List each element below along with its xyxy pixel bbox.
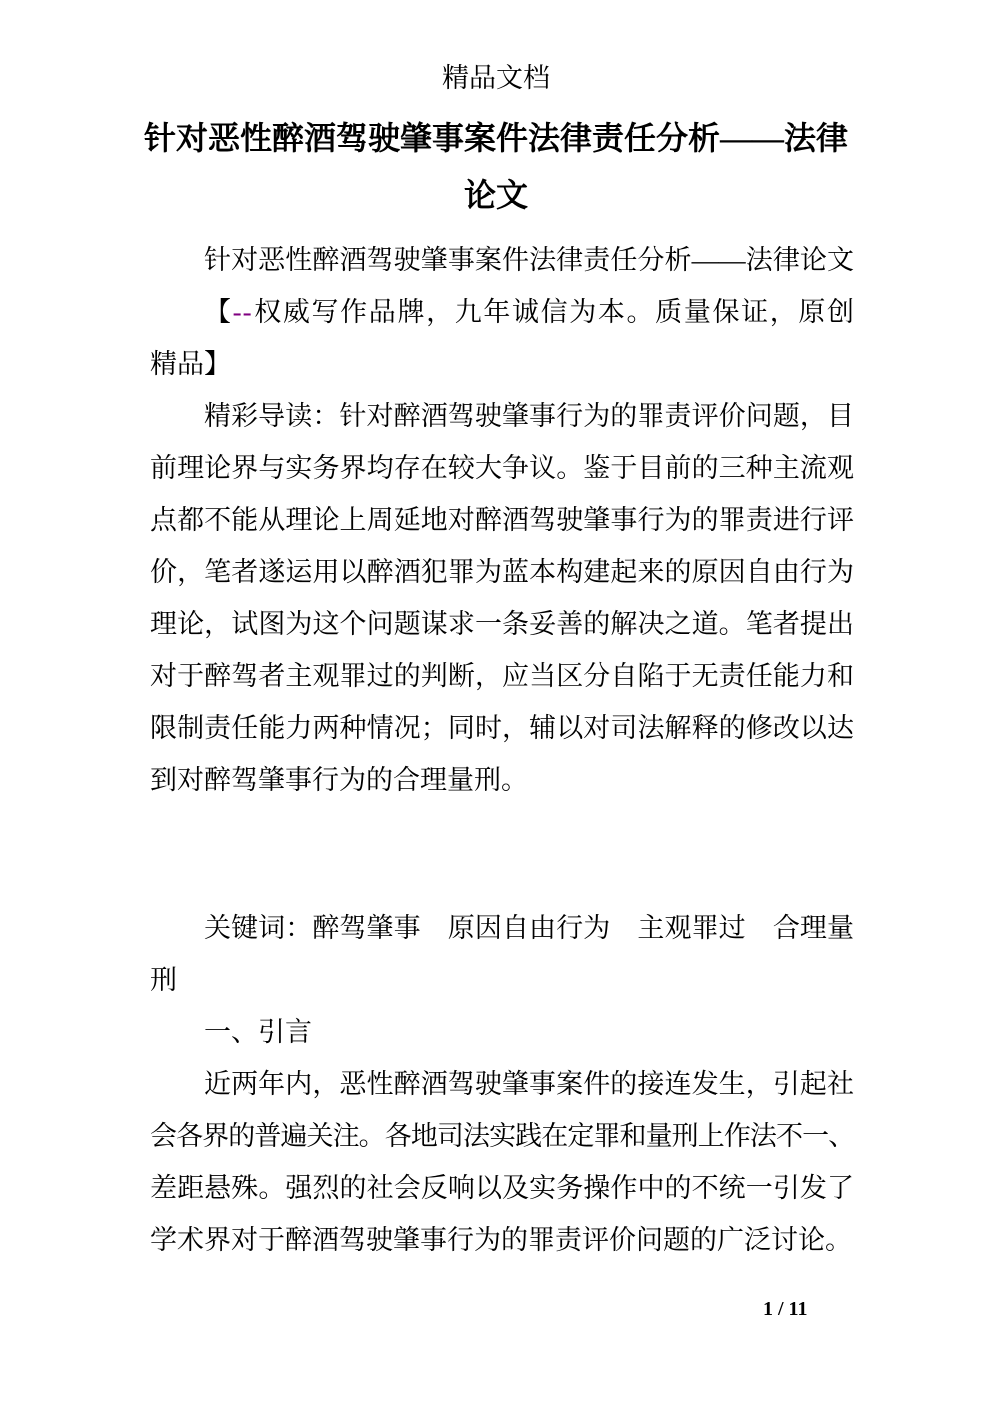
- body-line: 学术界对于醉酒驾驶肇事行为的罪责评价问题的广泛讨论。: [150, 1214, 854, 1266]
- intro-line: 理论，试图为这个问题谋求一条妥善的解决之道。笔者提出: [150, 598, 854, 650]
- document-title: 针对恶性醉酒驾驶肇事案件法律责任分析——法律 论文: [0, 110, 992, 224]
- document-title-line1: 针对恶性醉酒驾驶肇事案件法律责任分析——法律: [0, 110, 992, 167]
- document-body: 针对恶性醉酒驾驶肇事案件法律责任分析——法律论文 【--权威写作品牌，九年诚信为…: [150, 234, 854, 1266]
- intro-line: 到对醉驾肇事行为的合理量刑。: [150, 754, 854, 806]
- brand-line-1: 【--权威写作品牌，九年诚信为本。质量保证，原创: [150, 286, 854, 338]
- keywords-line-1: 关键词：醉驾肇事 原因自由行为 主观罪过 合理量: [150, 902, 854, 954]
- intro-line: 价，笔者遂运用以醉酒犯罪为蓝本构建起来的原因自由行为: [150, 546, 854, 598]
- keywords-line-2: 刑: [150, 954, 854, 1006]
- brand-purple-dashes: --: [233, 297, 253, 327]
- brand-line-2: 精品】: [150, 338, 854, 390]
- brand-open-bracket: 【: [204, 297, 233, 327]
- intro-line: 精彩导读：针对醉酒驾驶肇事行为的罪责评价问题，目: [150, 390, 854, 442]
- body-line: 会各界的普遍关注。各地司法实践在定罪和量刑上作法不一、: [150, 1110, 854, 1162]
- document-page: 精品文档 针对恶性醉酒驾驶肇事案件法律责任分析——法律 论文 针对恶性醉酒驾驶肇…: [0, 0, 992, 1403]
- intro-line: 限制责任能力两种情况；同时，辅以对司法解释的修改以达: [150, 702, 854, 754]
- body-line: 差距悬殊。强烈的社会反响以及实务操作中的不统一引发了: [150, 1162, 854, 1214]
- brand-line1-text: 权威写作品牌，九年诚信为本。质量保证，原创: [253, 297, 854, 327]
- document-title-line2: 论文: [0, 167, 992, 224]
- intro-line: 点都不能从理论上周延地对醉酒驾驶肇事行为的罪责进行评: [150, 494, 854, 546]
- document-header-label: 精品文档: [0, 0, 992, 100]
- body-line: 近两年内，恶性醉酒驾驶肇事案件的接连发生，引起社: [150, 1058, 854, 1110]
- section-heading: 一、引言: [150, 1006, 854, 1058]
- subtitle-line: 针对恶性醉酒驾驶肇事案件法律责任分析——法律论文: [150, 234, 854, 286]
- intro-line: 前理论界与实务界均存在较大争议。鉴于目前的三种主流观: [150, 442, 854, 494]
- page-number: 1 / 11: [763, 1296, 807, 1322]
- intro-line: 对于醉驾者主观罪过的判断，应当区分自陷于无责任能力和: [150, 650, 854, 702]
